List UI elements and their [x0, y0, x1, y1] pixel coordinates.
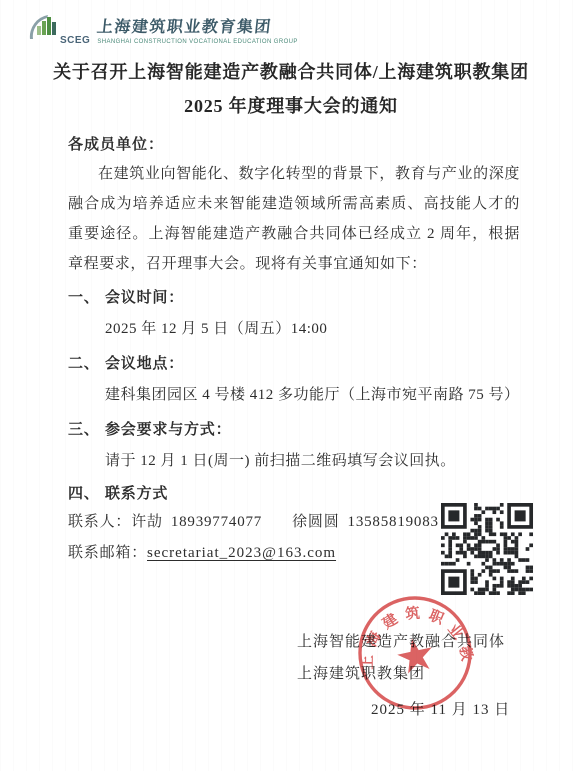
notice-title-line1: 关于召开上海智能建造产教融合共同体/上海建筑职教集团 — [0, 61, 582, 83]
qr-code — [441, 503, 533, 595]
section-number: 一、 — [68, 287, 105, 309]
contact-person2-phone: 13585819083 — [348, 514, 439, 530]
signature-date: 2025 年 11 月 13 日 — [371, 694, 510, 726]
notice-title-line2: 2025 年度理事大会的通知 — [0, 95, 582, 117]
contact-person2-name: 徐圆圆 — [292, 514, 339, 530]
salutation: 各成员单位： — [68, 133, 164, 154]
signature-org2: 上海建筑职教集团 — [297, 658, 510, 690]
section-number: 四、 — [68, 483, 105, 505]
section-body: 请于 12 月 1 日(周一) 前扫描二维码填写会议回执。 — [68, 450, 528, 472]
section-number: 二、 — [68, 353, 105, 375]
section-attendance-requirements: 三、 参会要求与方式： 请于 12 月 1 日(周一) 前扫描二维码填写会议回执… — [68, 419, 528, 472]
section-body: 2025 年 12 月 5 日（周五）14:00 — [68, 318, 528, 340]
section-heading: 会议时间： — [105, 287, 184, 309]
org-name-chinese: 上海建筑职业教育集团 — [96, 14, 299, 37]
contact-label: 联系人： — [68, 514, 131, 530]
letterhead: SCEG 上海建筑职业教育集团 SHANGHAI CONSTRUCTION VO… — [28, 13, 298, 46]
intro-paragraph: 在建筑业向智能化、数字化转型的背景下，教育与产业的深度融合成为培养适应未来智能建… — [68, 159, 520, 279]
email-address: secretariat_2023@163.com — [147, 545, 336, 561]
signature-org1: 上海智能建造产教融合共同体 — [297, 626, 510, 658]
logo-abbr-text: SCEG — [60, 35, 90, 46]
section-heading: 参会要求与方式： — [105, 419, 231, 441]
signature-block: 上海智能建造产教融合共同体 上海建筑职教集团 2025 年 11 月 13 日 — [297, 626, 510, 726]
section-heading: 会议地点： — [105, 353, 184, 375]
logo-barchart-icon — [28, 13, 62, 46]
scanned-notice-document: SCEG 上海建筑职业教育集团 SHANGHAI CONSTRUCTION VO… — [0, 0, 582, 771]
section-number: 三、 — [68, 419, 105, 441]
email-label: 联系邮箱： — [68, 545, 147, 561]
notice-title: 关于召开上海智能建造产教融合共同体/上海建筑职教集团 2025 年度理事大会的通… — [0, 61, 582, 117]
section-body: 建科集团园区 4 号楼 412 多功能厅（上海市宛平南路 75 号） — [68, 384, 528, 406]
section-meeting-time: 一、 会议时间： 2025 年 12 月 5 日（周五）14:00 — [68, 287, 528, 340]
section-meeting-location: 二、 会议地点： 建科集团园区 4 号楼 412 多功能厅（上海市宛平南路 75… — [68, 353, 528, 406]
contact-persons-line: 联系人：许劼18939774077徐圆圆13585819083 — [68, 510, 439, 531]
contact-email-line: 联系邮箱：secretariat_2023@163.com — [68, 541, 336, 562]
section-contact-info: 四、 联系方式 — [68, 483, 528, 505]
org-name-english: SHANGHAI CONSTRUCTION VOCATIONAL EDUCATI… — [97, 39, 297, 45]
contact-person1-name: 许劼 — [131, 514, 163, 530]
contact-person1-phone: 18939774077 — [171, 514, 262, 530]
sceg-logo: SCEG — [28, 13, 90, 46]
org-names: 上海建筑职业教育集团 SHANGHAI CONSTRUCTION VOCATIO… — [97, 13, 297, 45]
section-heading: 联系方式 — [105, 483, 168, 505]
